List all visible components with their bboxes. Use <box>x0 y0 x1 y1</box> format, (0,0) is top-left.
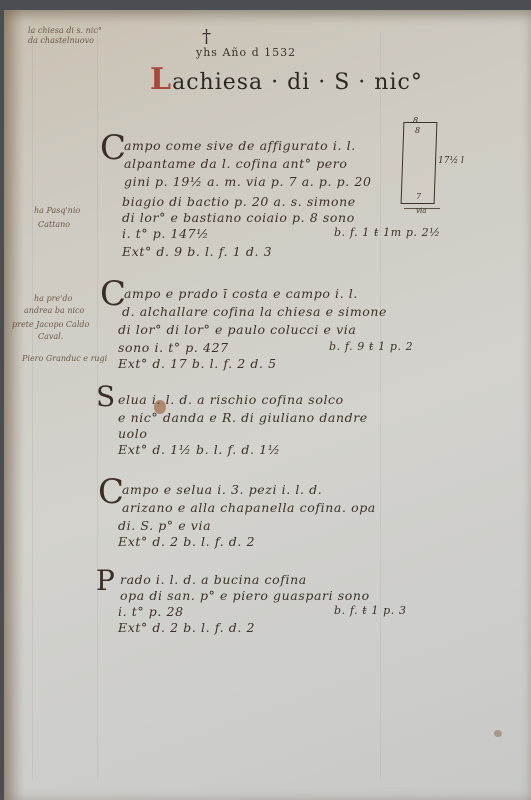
entry-line: i. t° p. 28 <box>118 604 184 619</box>
margin-note: andrea ba nico <box>24 306 84 315</box>
entry-line: uolo <box>118 426 148 441</box>
entry-line: di lor° e bastiano coiaio p. 8 sono <box>122 210 355 225</box>
plan-label-inner-top: 8 <box>415 126 420 135</box>
ruling-line <box>32 30 33 780</box>
entry-line: ampo e selua i. 3. pezi i. l. d. <box>122 482 322 497</box>
entry-line: elua i. l. d. a rischio cofina solco <box>118 392 344 407</box>
margin-note: Piero Granduc e rugi <box>22 354 107 363</box>
plan-label-side: 17½ l <box>438 156 464 166</box>
margin-note: ha Pasq'nio <box>34 206 80 215</box>
entry-tally: b. f. ŧ 1 p. 3 <box>334 604 407 617</box>
plan-label-bottom: via <box>416 207 426 215</box>
margin-note: ha pre'do <box>34 294 72 303</box>
entry-total-line: Ext° d. 2 b. l. f. d. 2 <box>118 620 255 635</box>
entry-line: opa di san. p° e piero guaspari sono <box>120 588 370 603</box>
entry-line: alpantame da l. cofina ant° pero <box>124 156 348 171</box>
entry-capital: P <box>96 564 115 597</box>
entry-capital: S <box>96 380 115 413</box>
entry-line: di. S. p° e via <box>118 518 211 533</box>
entry-tally: b. f. 9 ŧ 1 p. 2 <box>329 340 413 353</box>
entry-line: arizano e alla chapanella cofina. opa <box>122 500 376 515</box>
ruling-line <box>380 30 381 780</box>
entry-capital: C <box>98 472 124 512</box>
entry-line: i. t° p. 147½ <box>122 226 209 241</box>
entry-line: e nic° danda e R. di giuliano dandre <box>118 410 368 425</box>
stain <box>494 730 502 737</box>
entry-line: rado i. l. d. a bucina cofina <box>120 572 307 587</box>
entry-total-line: Ext° d. 17 b. l. f. 2 d. 5 <box>118 356 277 371</box>
manuscript-page: la chiesa di s. nic° da chastelnuovo † y… <box>4 10 531 800</box>
cross-symbol: † <box>202 26 212 47</box>
entry-line: sono i. t° p. 427 <box>118 340 229 355</box>
entry-total-line: Ext° d. 1½ b. l. f. d. 1½ <box>118 442 280 457</box>
margin-note-top-line: da chastelnuovo <box>28 36 94 45</box>
entry-line: biagio di bactio p. 20 a. s. simone <box>122 194 356 209</box>
entry-line: ampo e prado ī costa e campo i. l. <box>124 286 358 301</box>
entry-line: ampo come sive de affigurato i. l. <box>124 138 356 153</box>
entry-tally: b. f. 1 ŧ 1m p. 2½ <box>334 226 441 239</box>
title-text: achiesa · di · S · nic° <box>172 70 423 95</box>
margin-note: prete Jacopo Caldo <box>12 320 89 329</box>
plan-label-inner-bottom: 7 <box>416 192 421 201</box>
page-title: Lachiesa · di · S · nic° <box>150 62 423 97</box>
entry-total-line: Ext° d. 2 b. l. f. d. 2 <box>118 534 255 549</box>
margin-note-top-line: la chiesa di s. nic° <box>28 26 102 35</box>
rubric-initial: L <box>150 62 172 97</box>
entry-line: di lor° di lor° e paulo colucci e via <box>118 322 356 337</box>
entry-line: gini p. 19½ a. m. via p. 7 a. p. p. 20 <box>124 174 372 189</box>
margin-note: Caval. <box>38 332 63 341</box>
entry-total-line: Ext° d. 9 b. l. f. 1 d. 3 <box>122 244 272 259</box>
margin-note: Cattano <box>38 220 70 229</box>
entry-capital: C <box>100 128 126 168</box>
invocation-date: yhs Año d 1532 <box>196 46 296 59</box>
entry-line: d. alchallare cofina la chiesa e simone <box>122 304 387 319</box>
